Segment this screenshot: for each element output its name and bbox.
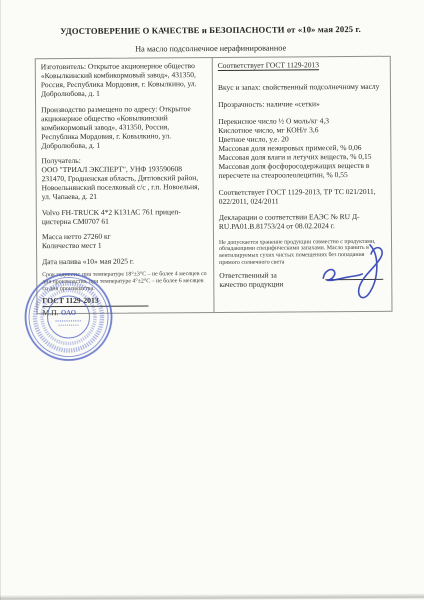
fill-date: Дата налива «10» мая 2025 г.: [42, 256, 208, 266]
places-count: Количество мест 1: [42, 241, 102, 250]
round-stamp: ОАО: [21, 270, 116, 365]
certificate-subtitle: На масло подсолнечное нерафинированное: [0, 43, 423, 55]
document-content: УДОСТОВЕРЕНИЕ О КАЧЕСТВЕ и БЕЗОПАСНОСТИ …: [0, 0, 424, 600]
recipient-block: Получатель: ООО "ТРИАЛ ЭКСПЕРТ", УНФ 193…: [41, 155, 207, 201]
net-weight: Масса нетто 27260 кг: [42, 232, 111, 241]
conformity-statement: Соответствует ГОСТ 1129-2013: [218, 60, 385, 70]
page-bottom-edge-shadow: [0, 593, 424, 600]
stamp-illegible-text-lines: [56, 320, 82, 325]
handwritten-signature: [317, 238, 402, 311]
vehicle-text: Volvo FH-TRUCK 4*2 К131АС 761 прицеп-цис…: [42, 207, 208, 226]
manufacturer-text: Изготовитель: Открытое акционерное общес…: [41, 61, 207, 98]
transparency-text: Прозрачность: наличие «сетки»: [218, 99, 385, 109]
scanned-certificate-page: УДОСТОВЕРЕНИЕ О КАЧЕСТВЕ и БЕЗОПАСНОСТИ …: [0, 0, 424, 600]
certificate-title: УДОСТОВЕРЕНИЕ О КАЧЕСТВЕ и БЕЗОПАСНОСТИ …: [0, 24, 423, 37]
recipient-label: Получатель:: [41, 156, 80, 165]
responsible-label: Ответственный за качество продукции: [219, 270, 299, 289]
taste-smell-text: Вкус и запах: свойственный подсолнечному…: [218, 82, 385, 92]
weight-block: Масса нетто 27260 кг Количество мест 1: [42, 231, 208, 250]
conformity-tr-text: Соответствует ГОСТ 1129-2013, ТР ТС 021/…: [219, 187, 386, 206]
production-address-text: Производство размещено по адресу: Открыт…: [41, 104, 207, 150]
recipient-address: 231470, Гродненская область, Дятловский …: [42, 173, 200, 201]
parameter-phosphorus: Массовая доля фосфоросодержащих веществ …: [218, 161, 385, 180]
quality-parameters-list: Перекисное число ½ О моль/кг 4,3 Кислотн…: [218, 116, 385, 180]
declaration-text: Декларации о соответствии ЕАЭС № RU Д-RU…: [219, 211, 386, 230]
page-left-edge: [0, 0, 1, 600]
stamp-center-text: ОАО: [61, 309, 77, 317]
